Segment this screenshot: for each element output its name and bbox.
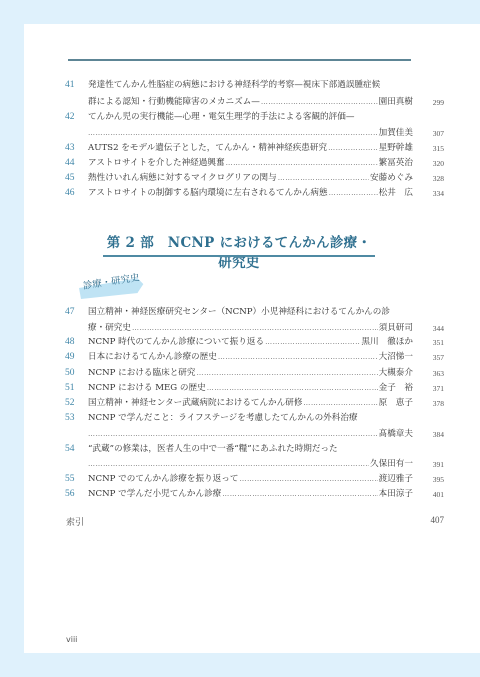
toc-entry-46[interactable]: 46 アストロサイトの制御する脳内環境に左右されるてんかん病態 ………………………	[24, 186, 480, 201]
chapter-number: 45	[65, 171, 81, 186]
chapter-title-cont: 療・研究史	[88, 321, 131, 336]
toc-entry-54-cont[interactable]: ……………………………………………………………………………………………………………	[24, 457, 480, 472]
part-heading-underline	[103, 255, 375, 257]
author: 大沼悌一	[379, 350, 413, 365]
chapter-title: 国立精神・神経センター武蔵病院におけるてんかん研修	[88, 396, 302, 411]
chapter-title: 国立精神・神経医療研究センター（NCNP）小児神経科におけるてんかんの診	[88, 305, 390, 320]
leader-dots: ……………………………………………………………………………………………………………	[132, 321, 378, 336]
author: 黒川 徹ほか	[361, 335, 413, 350]
index-page-number: 407	[394, 515, 444, 525]
toc-entry-41-cont[interactable]: 群による認知・行動機能障害のメカニズム— ……………………………………………………	[24, 95, 480, 110]
page-number: 357	[422, 350, 444, 365]
toc-entry-42[interactable]: 42 てんかん児の実行機能—心理・電気生理学的手法による客観的評価—	[24, 110, 480, 125]
book-page: 41 発達性てんかん性脳症の病態における神経科学的考察—視床下部過誤腫症候 群に…	[24, 24, 480, 653]
leader-dots: ……………………………………………………………………………………………………………	[218, 350, 378, 365]
page-number: 307	[422, 126, 444, 141]
leader-dots: ……………………………………………………………………………………………………………	[265, 335, 360, 350]
chapter-title: NCNP でのてんかん診療を振り返って	[88, 472, 238, 487]
chapter-title: アストロサイトを介した神経過興奮	[88, 156, 225, 171]
leader-dots: ……………………………………………………………………………………………………………	[88, 427, 378, 442]
author: 渡辺雅子	[379, 472, 413, 487]
author: 須貝研司	[379, 321, 413, 336]
page-number: 391	[422, 457, 444, 472]
author: 繁冨英治	[379, 156, 413, 171]
page-number: 363	[422, 366, 444, 381]
chapter-title: “武蔵”の修業は，医者人生の中で一番“糧”にあふれた時期だった	[88, 442, 338, 457]
page-number: 334	[422, 186, 444, 201]
page-number: 395	[422, 472, 444, 487]
page-number: 315	[422, 141, 444, 156]
toc-entry-53-cont[interactable]: ……………………………………………………………………………………………………………	[24, 427, 480, 442]
toc-entry-56[interactable]: 56 NCNP で学んだ小児てんかん診療 ……………………………………………………	[24, 487, 480, 502]
chapter-number: 46	[65, 186, 81, 201]
author: 園田真樹	[379, 95, 413, 110]
author: 久保田有一	[370, 457, 413, 472]
chapter-number: 51	[65, 381, 81, 396]
leader-dots: ……………………………………………………………………………………………………………	[261, 95, 378, 110]
toc-entry-53[interactable]: 53 NCNP で学んだこと：ライフステージを考慮したてんかんの外科治療	[24, 411, 480, 426]
folio-page-number: viii	[66, 635, 77, 644]
author: 星野幹雄	[379, 141, 413, 156]
leader-dots: ……………………………………………………………………………………………………………	[328, 141, 378, 156]
chapter-number: 50	[65, 366, 81, 381]
part-heading: 第 2 部 NCNP におけるてんかん診療・研究史	[103, 231, 375, 271]
toc-entry-41[interactable]: 41 発達性てんかん性脳症の病態における神経科学的考察—視床下部過誤腫症候	[24, 78, 480, 93]
author: 本田涼子	[379, 487, 413, 502]
chapter-number: 48	[65, 335, 81, 350]
leader-dots: ……………………………………………………………………………………………………………	[278, 171, 369, 186]
author: 大槻泰介	[379, 366, 413, 381]
toc-entry-55[interactable]: 55 NCNP でのてんかん診療を振り返って ………………………………………………	[24, 472, 480, 487]
chapter-number: 43	[65, 141, 81, 156]
chapter-title: NCNP 時代のてんかん診療について振り返る	[88, 335, 264, 350]
author: 加賀佳美	[379, 126, 413, 141]
chapter-title: 発達性てんかん性脳症の病態における神経科学的考察—視床下部過誤腫症候	[88, 78, 380, 93]
author: 髙橋章夫	[379, 427, 413, 442]
leader-dots: ……………………………………………………………………………………………………………	[88, 126, 378, 141]
chapter-number: 47	[65, 305, 81, 320]
index-label[interactable]: 索引	[66, 515, 84, 528]
leader-dots: ……………………………………………………………………………………………………………	[196, 366, 377, 381]
top-divider	[68, 59, 411, 61]
leader-dots: ……………………………………………………………………………………………………………	[226, 156, 378, 171]
author: 安藤めぐみ	[370, 171, 413, 186]
toc-entry-44[interactable]: 44 アストロサイトを介した神経過興奮 ………………………………………………………	[24, 156, 480, 171]
leader-dots: ……………………………………………………………………………………………………………	[239, 472, 377, 487]
author: 金子 裕	[379, 381, 413, 396]
chapter-number: 53	[65, 411, 81, 426]
chapter-number: 49	[65, 350, 81, 365]
leader-dots: ……………………………………………………………………………………………………………	[88, 457, 369, 472]
toc-entry-52[interactable]: 52 国立精神・神経センター武蔵病院におけるてんかん研修 ………………………………	[24, 396, 480, 411]
toc-entry-48[interactable]: 48 NCNP 時代のてんかん診療について振り返る ………………………………………	[24, 335, 480, 350]
chapter-title: てんかん児の実行機能—心理・電気生理学的手法による客観的評価—	[88, 110, 354, 125]
chapter-number: 41	[65, 78, 81, 93]
toc-entry-54[interactable]: 54 “武蔵”の修業は，医者人生の中で一番“糧”にあふれた時期だった	[24, 442, 480, 457]
chapter-title: 日本におけるてんかん診療の歴史	[88, 350, 217, 365]
chapter-number: 54	[65, 442, 81, 457]
leader-dots: ……………………………………………………………………………………………………………	[207, 381, 378, 396]
author: 原 恵子	[379, 396, 413, 411]
author: 松井 広	[379, 186, 413, 201]
page-number: 401	[422, 487, 444, 502]
toc-entry-50[interactable]: 50 NCNP における臨床と研究 ……………………………………………………………	[24, 366, 480, 381]
chapter-number: 52	[65, 396, 81, 411]
chapter-number: 44	[65, 156, 81, 171]
toc-entry-51[interactable]: 51 NCNP における MEG の歴史 ……………………………………………………	[24, 381, 480, 396]
page-number: 320	[422, 156, 444, 171]
section-badge: 診療・研究史	[78, 276, 146, 296]
page-number: 384	[422, 427, 444, 442]
toc-entry-47[interactable]: 47 国立精神・神経医療研究センター（NCNP）小児神経科におけるてんかんの診	[24, 305, 480, 320]
leader-dots: ……………………………………………………………………………………………………………	[222, 487, 377, 502]
toc-entry-43[interactable]: 43 AUTS2 をモデル遺伝子とした，てんかん・精神神経疾患研究 …………………	[24, 141, 480, 156]
page-number: 378	[422, 396, 444, 411]
leader-dots: ……………………………………………………………………………………………………………	[329, 186, 378, 201]
chapter-number: 55	[65, 472, 81, 487]
chapter-number: 42	[65, 110, 81, 125]
chapter-title: アストロサイトの制御する脳内環境に左右されるてんかん病態	[88, 186, 328, 201]
toc-entry-47-cont[interactable]: 療・研究史 ……………………………………………………………………………………………	[24, 321, 480, 336]
page-number: 299	[422, 95, 444, 110]
chapter-title: NCNP で学んだこと：ライフステージを考慮したてんかんの外科治療	[88, 411, 358, 426]
page-number: 328	[422, 171, 444, 186]
toc-entry-42-cont[interactable]: ……………………………………………………………………………………………………………	[24, 126, 480, 141]
chapter-title: NCNP における臨床と研究	[88, 366, 195, 381]
chapter-title: 熱性けいれん病態に対するマイクログリアの関与	[88, 171, 277, 186]
chapter-title-cont: 群による認知・行動機能障害のメカニズム—	[88, 95, 260, 110]
page-number: 371	[422, 381, 444, 396]
leader-dots: ……………………………………………………………………………………………………………	[303, 396, 377, 411]
chapter-title: NCNP における MEG の歴史	[88, 381, 206, 396]
page-number: 344	[422, 321, 444, 336]
chapter-number: 56	[65, 487, 81, 502]
chapter-title: NCNP で学んだ小児てんかん診療	[88, 487, 221, 502]
page-number: 351	[422, 335, 444, 350]
chapter-title: AUTS2 をモデル遺伝子とした，てんかん・精神神経疾患研究	[88, 141, 327, 156]
toc-entry-45[interactable]: 45 熱性けいれん病態に対するマイクログリアの関与 ………………………………………	[24, 171, 480, 186]
toc-entry-49[interactable]: 49 日本におけるてんかん診療の歴史 …………………………………………………………	[24, 350, 480, 365]
